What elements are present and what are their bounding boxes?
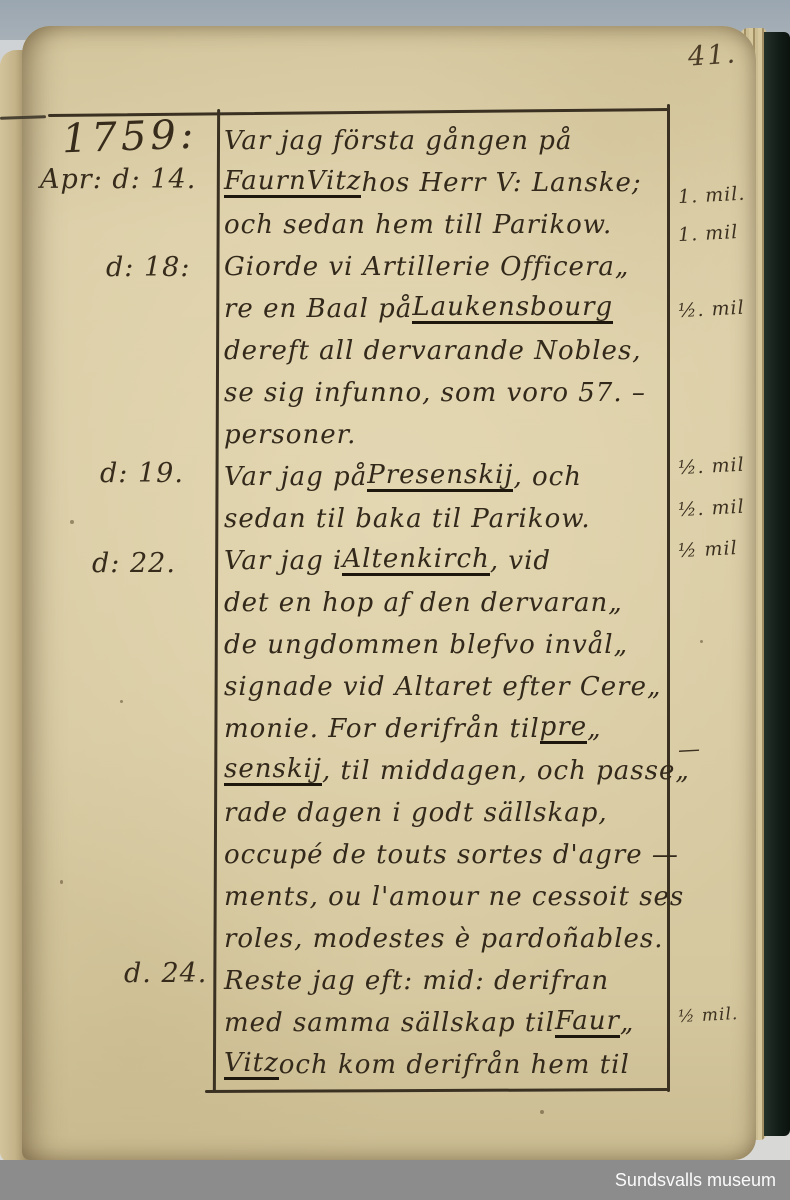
museum-caption-bar: Sundsvalls museum (0, 1160, 790, 1200)
line-text: Var jag första gången på (224, 128, 572, 154)
text-line: Vitz och kom derifrån hem til (224, 1044, 662, 1086)
underlined-place: Vitz (224, 1050, 279, 1080)
paper-speck (700, 640, 703, 643)
text-line: de ungdommen blefvo invål„ (224, 624, 662, 666)
mileage-note: 1. mil (677, 220, 760, 246)
line-text: signade vid Altaret efter Cere„ (224, 674, 661, 700)
mileage-note: ½. mil (677, 296, 760, 322)
museum-caption: Sundsvalls museum (615, 1170, 776, 1190)
text-line: se sig infunno, som voro 57. – (224, 372, 662, 414)
text-line: roles, modestes è pardoñables. (224, 918, 662, 960)
line-text: se sig infunno, som voro 57. – (224, 380, 646, 406)
line-text: hos Herr V: Lanske; (361, 170, 641, 196)
underlined-place: Altenkirch (342, 546, 489, 576)
paper-speck (540, 1110, 544, 1114)
line-text: ments, ou l'amour ne cessoit ses (224, 884, 684, 910)
paper-speck (120, 700, 123, 703)
line-text: Var jag på (224, 464, 367, 490)
text-line: FaurnVitz hos Herr V: Lanske; (224, 162, 662, 204)
mileage-note: ½. mil (677, 495, 760, 521)
line-text: Reste jag eft: mid: derifran (224, 968, 609, 994)
mileage-dash: — (677, 734, 760, 763)
text-line: re en Baal på Laukensbourg (224, 288, 662, 330)
date-entry: d: 22. (92, 548, 176, 579)
book-cover-edge (764, 32, 790, 1136)
underlined-place: FaurnVitz (224, 168, 361, 198)
text-line: rade dagen i godt sällskap, (224, 792, 662, 834)
line-text: „ (620, 1010, 634, 1036)
diary-photograph: 41. 1759: Apr: d: 14. d: 18: d: 19. d: 2… (0, 0, 790, 1200)
underlined-place: Laukensbourg (412, 294, 613, 324)
line-text: , och (513, 464, 582, 490)
mileage-note: ½. mil (677, 453, 760, 479)
mileage-note: ½ mil (677, 536, 760, 562)
text-line: det en hop af den dervaran„ (224, 582, 662, 624)
line-text: occupé de touts sortes d'agre — (224, 842, 679, 868)
line-text: rade dagen i godt sällskap, (224, 800, 608, 826)
paper-speck (60, 880, 63, 884)
line-text: monie. For derifrån til (224, 716, 540, 742)
line-text: sedan til baka til Parikow. (224, 506, 591, 532)
text-line: senskij, til middagen, och passe„ (224, 750, 662, 792)
page-number: 41. (687, 38, 738, 72)
paper-speck (70, 520, 74, 524)
text-line: sedan til baka til Parikow. (224, 498, 662, 540)
text-line: ments, ou l'amour ne cessoit ses (224, 876, 662, 918)
mileage-note: 1. mil. (677, 182, 760, 208)
underlined-place: Faur (555, 1008, 620, 1038)
text-line: Reste jag eft: mid: derifran (224, 960, 662, 1002)
line-text: , vid (490, 548, 551, 574)
date-entry: d: 19. (100, 458, 184, 489)
line-text: roles, modestes è pardoñables. (224, 926, 664, 952)
line-text: Giorde vi Artillerie Officera„ (224, 254, 629, 280)
line-text: re en Baal på (224, 296, 412, 322)
diary-text-block: Var jag första gången på FaurnVitz hos H… (224, 120, 662, 1086)
line-text: dereft all dervarande Nobles, (224, 338, 642, 364)
line-text: de ungdommen blefvo invål„ (224, 632, 628, 658)
line-text: och sedan hem till Parikow. (224, 212, 612, 238)
frame-right-rule (667, 104, 670, 1092)
mileage-note: ½ mil. (678, 1003, 761, 1027)
text-line: Var jag första gången på (224, 120, 662, 162)
text-line: occupé de touts sortes d'agre — (224, 834, 662, 876)
line-text: Var jag i (224, 548, 342, 574)
underlined-place: senskij (224, 756, 322, 786)
underlined-place: pre (540, 714, 587, 744)
text-line: Giorde vi Artillerie Officera„ (224, 246, 662, 288)
date-entry: d: 18: (106, 252, 190, 283)
text-line: dereft all dervarande Nobles, (224, 330, 662, 372)
line-text: „ (587, 716, 601, 742)
text-line: med samma sällskap til Faur„ (224, 1002, 662, 1044)
underlined-place: Presenskij (367, 462, 513, 492)
text-line: Var jag i Altenkirch, vid (224, 540, 662, 582)
date-entry: Apr: d: 14. (40, 164, 196, 195)
line-text: och kom derifrån hem til (279, 1052, 630, 1078)
text-line: signade vid Altaret efter Cere„ (224, 666, 662, 708)
line-text: , til middagen, och passe„ (322, 758, 690, 784)
text-line: och sedan hem till Parikow. (224, 204, 662, 246)
line-text: personer. (224, 422, 356, 448)
year-heading: 1759: (61, 112, 198, 163)
line-text: med samma sällskap til (224, 1010, 555, 1036)
date-entry: d. 24. (124, 958, 207, 989)
text-line: monie. For derifrån til pre„ (224, 708, 662, 750)
line-text: det en hop af den dervaran„ (224, 590, 623, 616)
text-line: Var jag på Presenskij, och (224, 456, 662, 498)
text-line: personer. (224, 414, 662, 456)
